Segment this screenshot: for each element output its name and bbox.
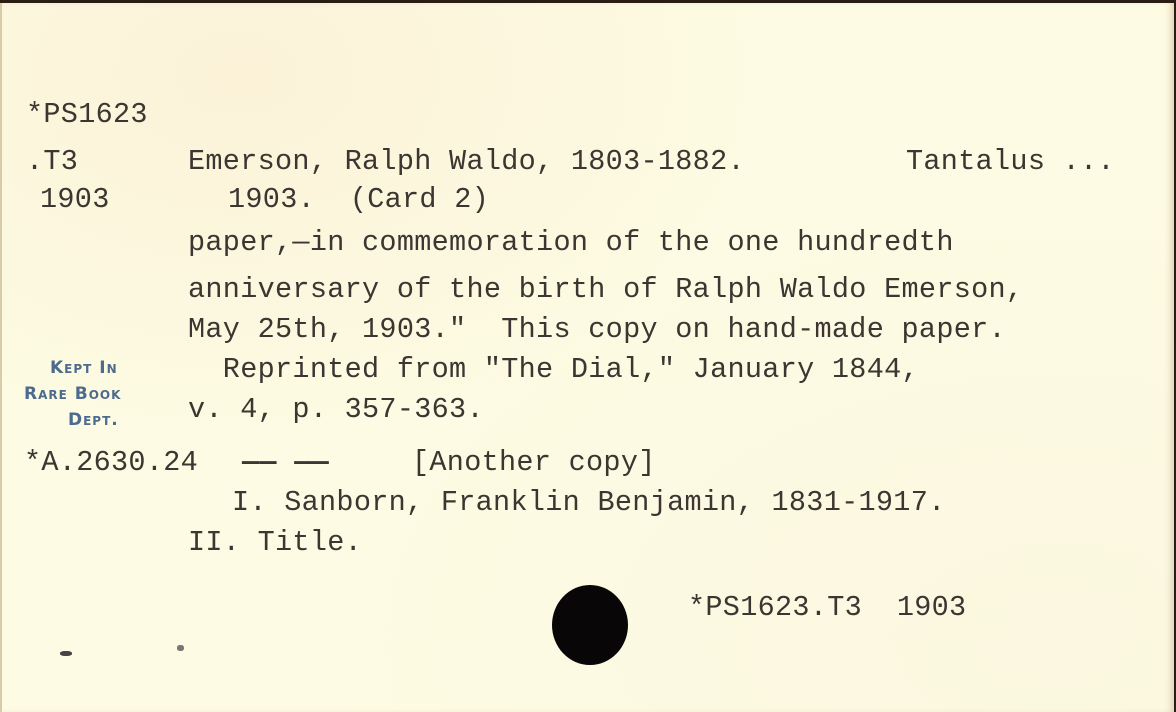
another-copy-call-number: *A.2630.24 <box>24 446 198 479</box>
another-copy-label: [Another copy] <box>412 446 656 479</box>
note-line: May 25th, 1903." This copy on hand-made … <box>188 313 1006 346</box>
note-line: v. 4, p. 357-363. <box>188 393 484 426</box>
another-copy-dashes: —— —— <box>242 446 329 479</box>
author-heading: Emerson, Ralph Waldo, 1803-1882. <box>188 145 745 178</box>
imprint-line: 1903. (Card 2) <box>228 183 489 216</box>
call-number-line3: 1903 <box>40 183 110 216</box>
rare-book-stamp-line2: Rare Book <box>24 386 121 403</box>
rare-book-stamp-line3: Dept. <box>68 412 119 429</box>
ink-speck <box>60 651 72 656</box>
footer-call-number: *PS1623.T3 1903 <box>688 591 966 624</box>
catalog-card: *PS1623 .T3 1903 Emerson, Ralph Waldo, 1… <box>0 3 1174 712</box>
note-line: paper,—in commemoration of the one hundr… <box>188 226 954 259</box>
title-heading: Tantalus ... <box>906 145 1115 178</box>
tracing-line: I. Sanborn, Franklin Benjamin, 1831-1917… <box>232 486 946 519</box>
call-number-line1: *PS1623 <box>26 98 148 131</box>
note-line: anniversary of the birth of Ralph Waldo … <box>188 273 1023 306</box>
call-number-line2: .T3 <box>26 145 78 178</box>
tracing-line: II. Title. <box>188 526 362 559</box>
card-punch-hole <box>552 585 628 665</box>
note-line: Reprinted from "The Dial," January 1844, <box>188 353 919 386</box>
rare-book-stamp-line1: Kept In <box>50 360 118 377</box>
ink-speck <box>177 645 184 651</box>
